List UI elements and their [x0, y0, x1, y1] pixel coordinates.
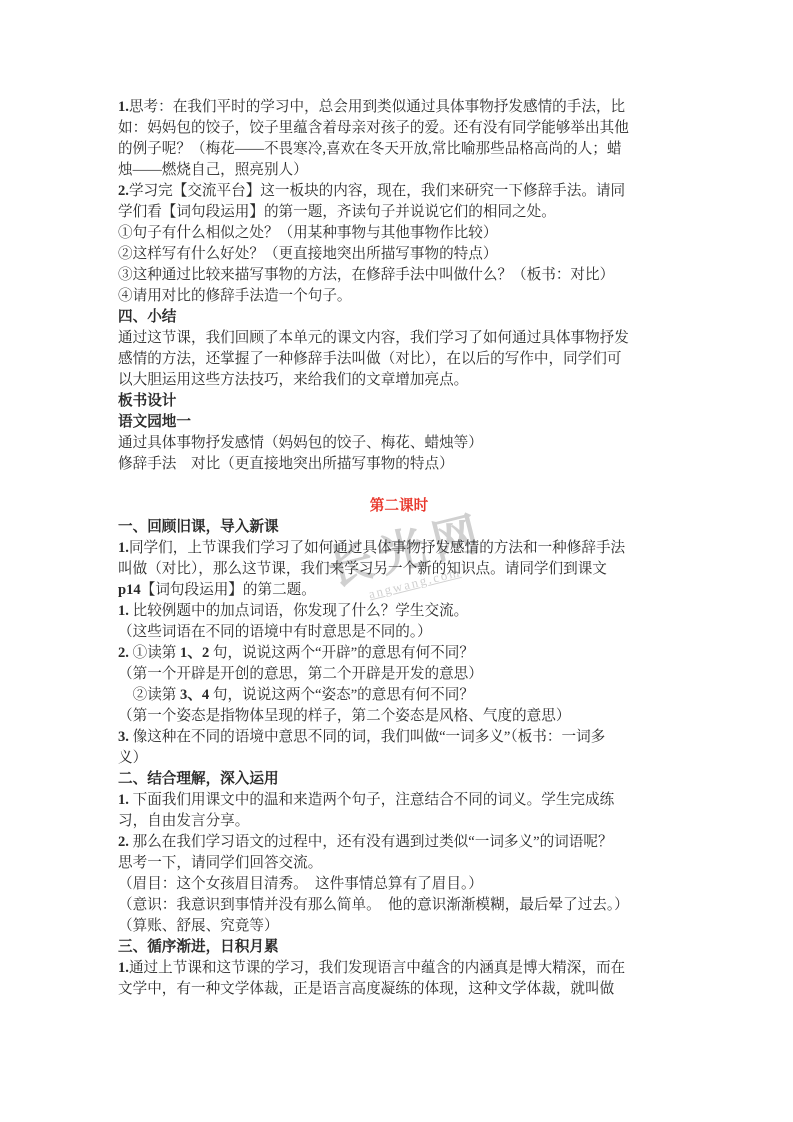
doc-line: ②这样写有什么好处？（更直接地突出所描写事物的特点）	[118, 244, 680, 265]
text-run: 思考一下，请同学们回答交流。	[118, 855, 322, 871]
text-run: 3.	[118, 729, 129, 745]
text-run: 2.	[118, 834, 129, 850]
text-run: 四、小结	[118, 309, 176, 325]
doc-line: 通过这节课，我们回顾了本单元的课文内容，我们学习了如何通过具体事物抒发	[118, 328, 680, 349]
text-run: 1.	[118, 99, 129, 115]
text-run: p14	[118, 582, 141, 598]
text-run: 习，自由发言分享。	[118, 813, 249, 829]
text-run: ①句子有什么相似之处？（用某种事物与其他事物作比较）	[118, 225, 497, 241]
text-run: 句，说说这两个“姿态”的意思有何不同？	[209, 687, 474, 703]
text-run: 文学中，有一种文学体裁，正是语言高度凝练的体现，这种文学体裁，就叫做	[118, 981, 614, 997]
doc-line: （这些词语在不同的语境中有时意思是不同的。）	[118, 622, 680, 643]
text-run: 【词句段运用】的第二题。	[141, 582, 316, 598]
doc-line: ①句子有什么相似之处？（用某种事物与其他事物作比较）	[118, 223, 680, 244]
doc-line: （第一个姿态是指物体呈现的样子，第二个姿态是风格、气度的意思）	[118, 706, 680, 727]
doc-line: 习，自由发言分享。	[118, 811, 680, 832]
doc-line: 2.学习完【交流平台】这一板块的内容，现在，我们来研究一下修辞手法。请同	[118, 181, 680, 202]
doc-line: 思考一下，请同学们回答交流。	[118, 853, 680, 874]
doc-line: 学们看【词句段运用】的第一题，齐读句子并说说它们的相同之处。	[118, 202, 680, 223]
text-run: 语文园地一	[118, 414, 191, 430]
doc-line: 感情的方法，还掌握了一种修辞手法叫做（对比），在以后的写作中，同学们可	[118, 349, 680, 370]
doc-line: 四、小结	[118, 307, 680, 328]
text-run: 那么在我们学习语文的过程中，还有没有遇到过类似“一词多义”的词语呢？	[129, 834, 613, 850]
doc-line: （第一个开辟是开创的意思，第二个开辟是开发的意思）	[118, 664, 680, 685]
doc-line: 修辞手法 对比（更直接地突出所描写事物的特点）	[118, 454, 680, 475]
doc-line: 第二课时	[118, 496, 680, 517]
doc-line: （意识：我意识到事情并没有那么简单。 他的意识渐渐模糊，最后晕了过去。）	[118, 895, 680, 916]
text-run: 第二课时	[370, 498, 428, 514]
text-run: 以大胆运用这些方法技巧，来给我们的文章增加亮点。	[118, 372, 468, 388]
text-run: ②这样写有什么好处？（更直接地突出所描写事物的特点）	[118, 246, 497, 262]
text-run: 思考：在我们平时的学习中，总会用到类似通过具体事物抒发感情的手法，比	[129, 99, 625, 115]
text-run: 感情的方法，还掌握了一种修辞手法叫做（对比），在以后的写作中，同学们可	[118, 351, 622, 367]
text-run: 学习完【交流平台】这一板块的内容，现在，我们来研究一下修辞手法。请同	[129, 183, 625, 199]
doc-line: 1.思考：在我们平时的学习中，总会用到类似通过具体事物抒发感情的手法，比	[118, 97, 680, 118]
doc-line: 1.通过上节课和这节课的学习，我们发现语言中蕴含的内涵真是博大精深，而在	[118, 958, 680, 979]
text-run: 1.	[118, 603, 129, 619]
text-run: ④请用对比的修辞手法造一个句子。	[118, 288, 352, 304]
document-body: 1.思考：在我们平时的学习中，总会用到类似通过具体事物抒发感情的手法，比如：妈妈…	[118, 97, 680, 1000]
text-run: 句，说说这两个“开辟”的意思有何不同？	[209, 645, 474, 661]
text-run: 一、回顾旧课，导入新课	[118, 519, 279, 535]
doc-line: ③这种通过比较来描写事物的方法，在修辞手法中叫做什么？（板书：对比）	[118, 265, 680, 286]
doc-line: 二、结合理解，深入运用	[118, 769, 680, 790]
text-run: （第一个开辟是开创的意思，第二个开辟是开发的意思）	[118, 666, 483, 682]
text-run: 同学们，上节课我们学习了如何通过具体事物抒发感情的方法和一种修辞手法	[129, 540, 625, 556]
text-run: 通过具体事物抒发感情（妈妈包的饺子、梅花、蜡烛等）	[118, 435, 483, 451]
doc-line: 三、循序渐进，日积月累	[118, 937, 680, 958]
text-run: （算账、舒展、究竟等）	[118, 918, 279, 934]
text-run: 板书设计	[118, 393, 176, 409]
doc-line: 文学中，有一种文学体裁，正是语言高度凝练的体现，这种文学体裁，就叫做	[118, 979, 680, 1000]
text-run: 像这种在不同的语境中意思不同的词，我们叫做“一词多义”（板书：一词多	[129, 729, 605, 745]
text-run: 的例子呢？（梅花——不畏寒冷,喜欢在冬天开放,常比喻那些品格高尚的人；蜡	[118, 141, 622, 157]
text-run: 1.	[118, 540, 129, 556]
text-run: 烛——燃烧自己，照亮别人）	[118, 162, 308, 178]
text-run: ②读第	[118, 687, 180, 703]
doc-line: 3. 像这种在不同的语境中意思不同的词，我们叫做“一词多义”（板书：一词多	[118, 727, 680, 748]
text-run: 叫做（对比），那么这节课，我们来学习另一个新的知识点。请同学们到课文	[118, 561, 607, 577]
text-run: 1.	[118, 792, 129, 808]
text-run: 学们看【词句段运用】的第一题，齐读句子并说说它们的相同之处。	[118, 204, 556, 220]
doc-line: 叫做（对比），那么这节课，我们来学习另一个新的知识点。请同学们到课文	[118, 559, 680, 580]
doc-line: 板书设计	[118, 391, 680, 412]
doc-line: 2. ①读第 1、2 句，说说这两个“开辟”的意思有何不同？	[118, 643, 680, 664]
doc-line: 1.同学们，上节课我们学习了如何通过具体事物抒发感情的方法和一种修辞手法	[118, 538, 680, 559]
doc-line: 2. 那么在我们学习语文的过程中，还有没有遇到过类似“一词多义”的词语呢？	[118, 832, 680, 853]
doc-line: 如：妈妈包的饺子，饺子里蕴含着母亲对孩子的爱。还有没有同学能够举出其他	[118, 118, 680, 139]
doc-line: 语文园地一	[118, 412, 680, 433]
text-run: 1.	[118, 960, 129, 976]
text-run: 下面我们用课文中的温和来造两个句子，注意结合不同的词义。学生完成练	[129, 792, 614, 808]
doc-line: 1. 比较例题中的加点词语，你发现了什么？学生交流。	[118, 601, 680, 622]
doc-line: ④请用对比的修辞手法造一个句子。	[118, 286, 680, 307]
text-run: ③这种通过比较来描写事物的方法，在修辞手法中叫做什么？（板书：对比）	[118, 267, 614, 283]
doc-line: （算账、舒展、究竟等）	[118, 916, 680, 937]
text-run: 二、结合理解，深入运用	[118, 771, 279, 787]
doc-line: 义）	[118, 748, 680, 769]
text-run: 比较例题中的加点词语，你发现了什么？学生交流。	[129, 603, 468, 619]
text-run: （眉目：这个女孩眉目清秀。 这件事情总算有了眉目。）	[118, 876, 483, 892]
text-run: 3、4	[180, 687, 209, 703]
doc-line: （眉目：这个女孩眉目清秀。 这件事情总算有了眉目。）	[118, 874, 680, 895]
text-run: 义）	[118, 750, 147, 766]
text-run: （第一个姿态是指物体呈现的样子，第二个姿态是风格、气度的意思）	[118, 708, 570, 724]
text-run: 三、循序渐进，日积月累	[118, 939, 279, 955]
text-run: 如：妈妈包的饺子，饺子里蕴含着母亲对孩子的爱。还有没有同学能够举出其他	[118, 120, 629, 136]
text-run: 2.	[118, 183, 129, 199]
doc-line: 一、回顾旧课，导入新课	[118, 517, 680, 538]
doc-line: 通过具体事物抒发感情（妈妈包的饺子、梅花、蜡烛等）	[118, 433, 680, 454]
text-run: 修辞手法 对比（更直接地突出所描写事物的特点）	[118, 456, 454, 472]
doc-line: 烛——燃烧自己，照亮别人）	[118, 160, 680, 181]
blank-line	[118, 475, 680, 496]
doc-line: ②读第 3、4 句，说说这两个“姿态”的意思有何不同？	[118, 685, 680, 706]
text-run: 通过上节课和这节课的学习，我们发现语言中蕴含的内涵真是博大精深，而在	[129, 960, 625, 976]
doc-line: 以大胆运用这些方法技巧，来给我们的文章增加亮点。	[118, 370, 680, 391]
text-run: （意识：我意识到事情并没有那么简单。 他的意识渐渐模糊，最后晕了过去。）	[118, 897, 629, 913]
text-run: （这些词语在不同的语境中有时意思是不同的。）	[118, 624, 432, 640]
doc-line: 1. 下面我们用课文中的温和来造两个句子，注意结合不同的词义。学生完成练	[118, 790, 680, 811]
document-page: 长光网 angwang.com 1.思考：在我们平时的学习中，总会用到类似通过具…	[0, 0, 793, 1122]
text-run: 1、2	[180, 645, 209, 661]
text-run: 2.	[118, 645, 129, 661]
doc-line: 的例子呢？（梅花——不畏寒冷,喜欢在冬天开放,常比喻那些品格高尚的人；蜡	[118, 139, 680, 160]
text-run: 通过这节课，我们回顾了本单元的课文内容，我们学习了如何通过具体事物抒发	[118, 330, 629, 346]
text-run: ①读第	[129, 645, 180, 661]
doc-line: p14【词句段运用】的第二题。	[118, 580, 680, 601]
